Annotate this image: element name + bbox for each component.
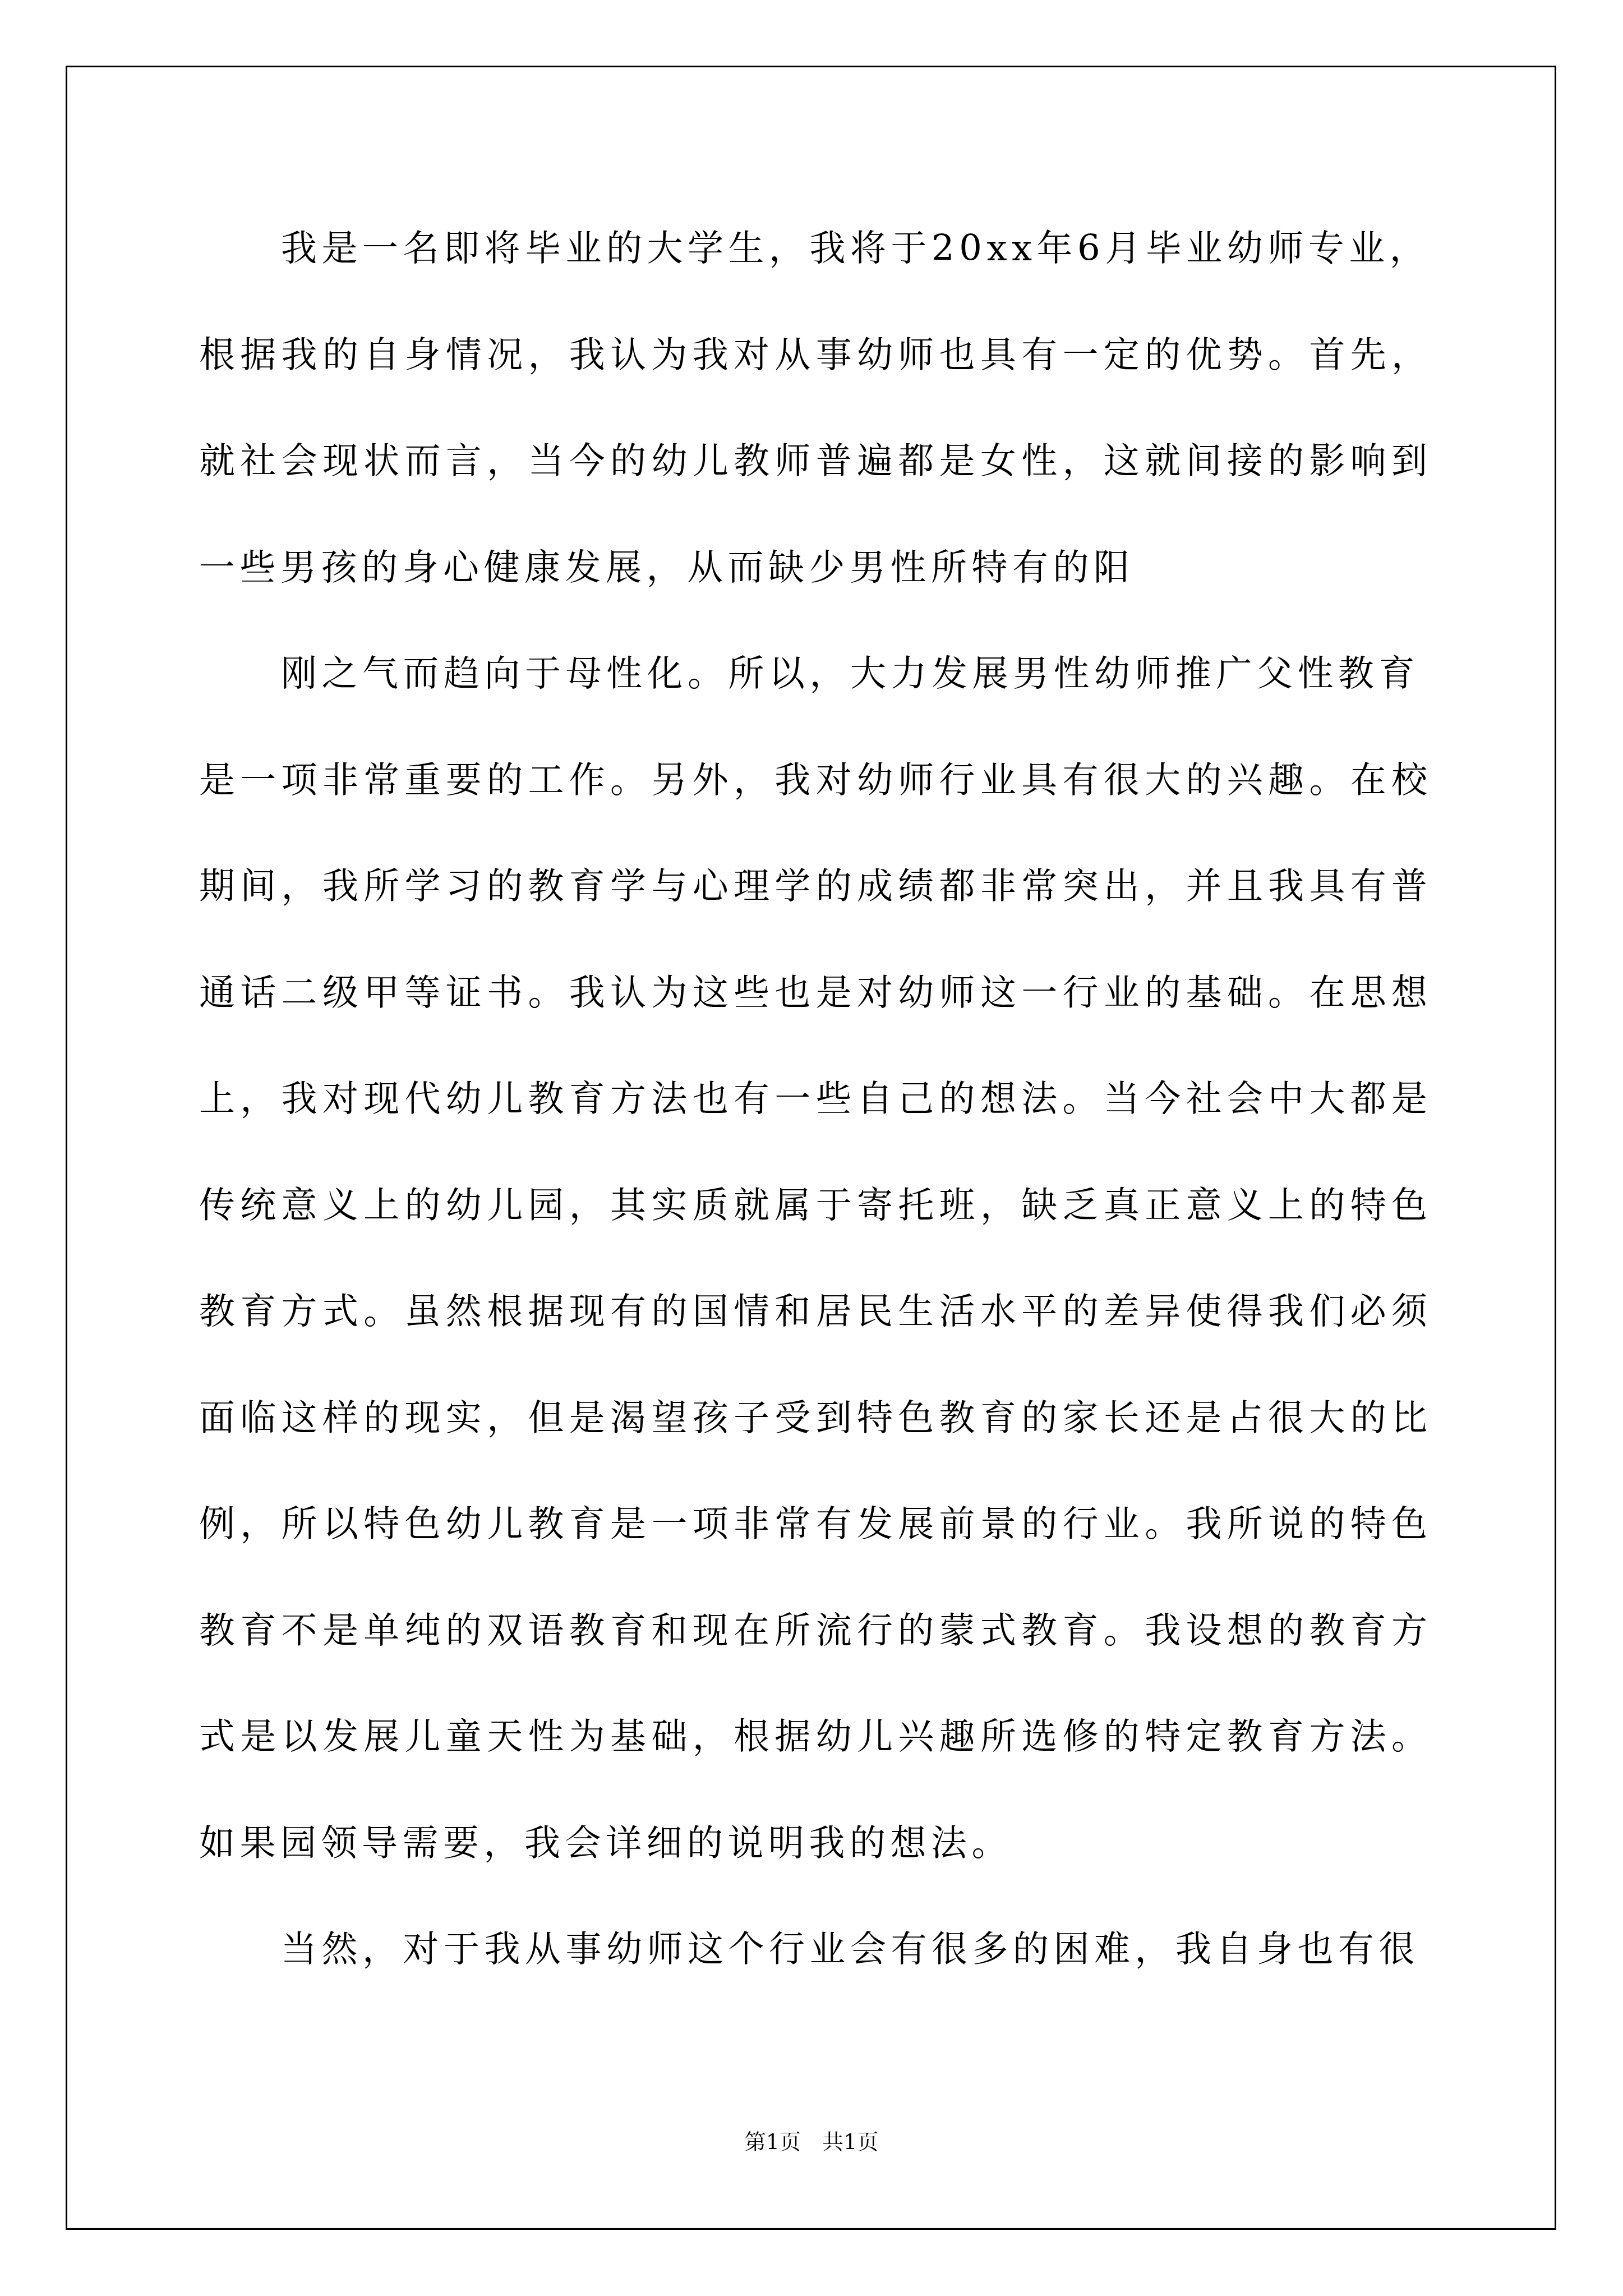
paragraph-line: 通话二级甲等证书。我认为这些也是对幼师这一行业的基础。在思想 [199, 962, 1427, 1069]
paragraph-line: 式是以发展儿童天性为基础，根据幼儿兴趣所选修的特定教育方法。 [199, 1706, 1427, 1812]
paragraph-line: 例，所以特色幼儿教育是一项非常有发展前景的行业。我所说的特色 [199, 1493, 1427, 1600]
paragraph-line: 上，我对现代幼儿教育方法也有一些自己的想法。当今社会中大都是 [199, 1068, 1427, 1175]
paragraph-line: 一些男孩的身心健康发展，从而缺少男性所特有的阳 [199, 537, 1427, 643]
paragraph-line: 教育不是单纯的双语教育和现在所流行的蒙式教育。我设想的教育方 [199, 1600, 1427, 1706]
paragraph-line: 传统意义上的幼儿园，其实质就属于寄托班，缺乏真正意义上的特色 [199, 1175, 1427, 1281]
paragraph-line: 就社会现状而言，当今的幼儿教师普遍都是女性，这就间接的影响到 [199, 430, 1427, 537]
page-number-footer: 第1页 共1页 [0, 2128, 1623, 2156]
paragraph-line: 根据我的自身情况，我认为我对从事幼师也具有一定的优势。首先， [199, 324, 1427, 431]
paragraph-line: 面临这样的现实，但是渴望孩子受到特色教育的家长还是占很大的比 [199, 1387, 1427, 1494]
paragraph-line: 如果园领导需要，我会详细的说明我的想法。 [199, 1812, 1427, 1919]
paragraph-line: 期间，我所学习的教育学与心理学的成绩都非常突出，并且我具有普 [199, 855, 1427, 962]
paragraph-line: 我是一名即将毕业的大学生，我将于20xx年6月毕业幼师专业， [199, 218, 1427, 324]
paragraph-line: 当然，对于我从事幼师这个行业会有很多的困难，我自身也有很 [199, 1918, 1427, 2025]
paragraph-line: 教育方式。虽然根据现有的国情和居民生活水平的差异使得我们必须 [199, 1281, 1427, 1387]
document-body: 我是一名即将毕业的大学生，我将于20xx年6月毕业幼师专业， 根据我的自身情况，… [199, 218, 1427, 2025]
paragraph-line: 是一项非常重要的工作。另外，我对幼师行业具有很大的兴趣。在校 [199, 749, 1427, 856]
paragraph-line: 刚之气而趋向于母性化。所以，大力发展男性幼师推广父性教育 [199, 643, 1427, 749]
